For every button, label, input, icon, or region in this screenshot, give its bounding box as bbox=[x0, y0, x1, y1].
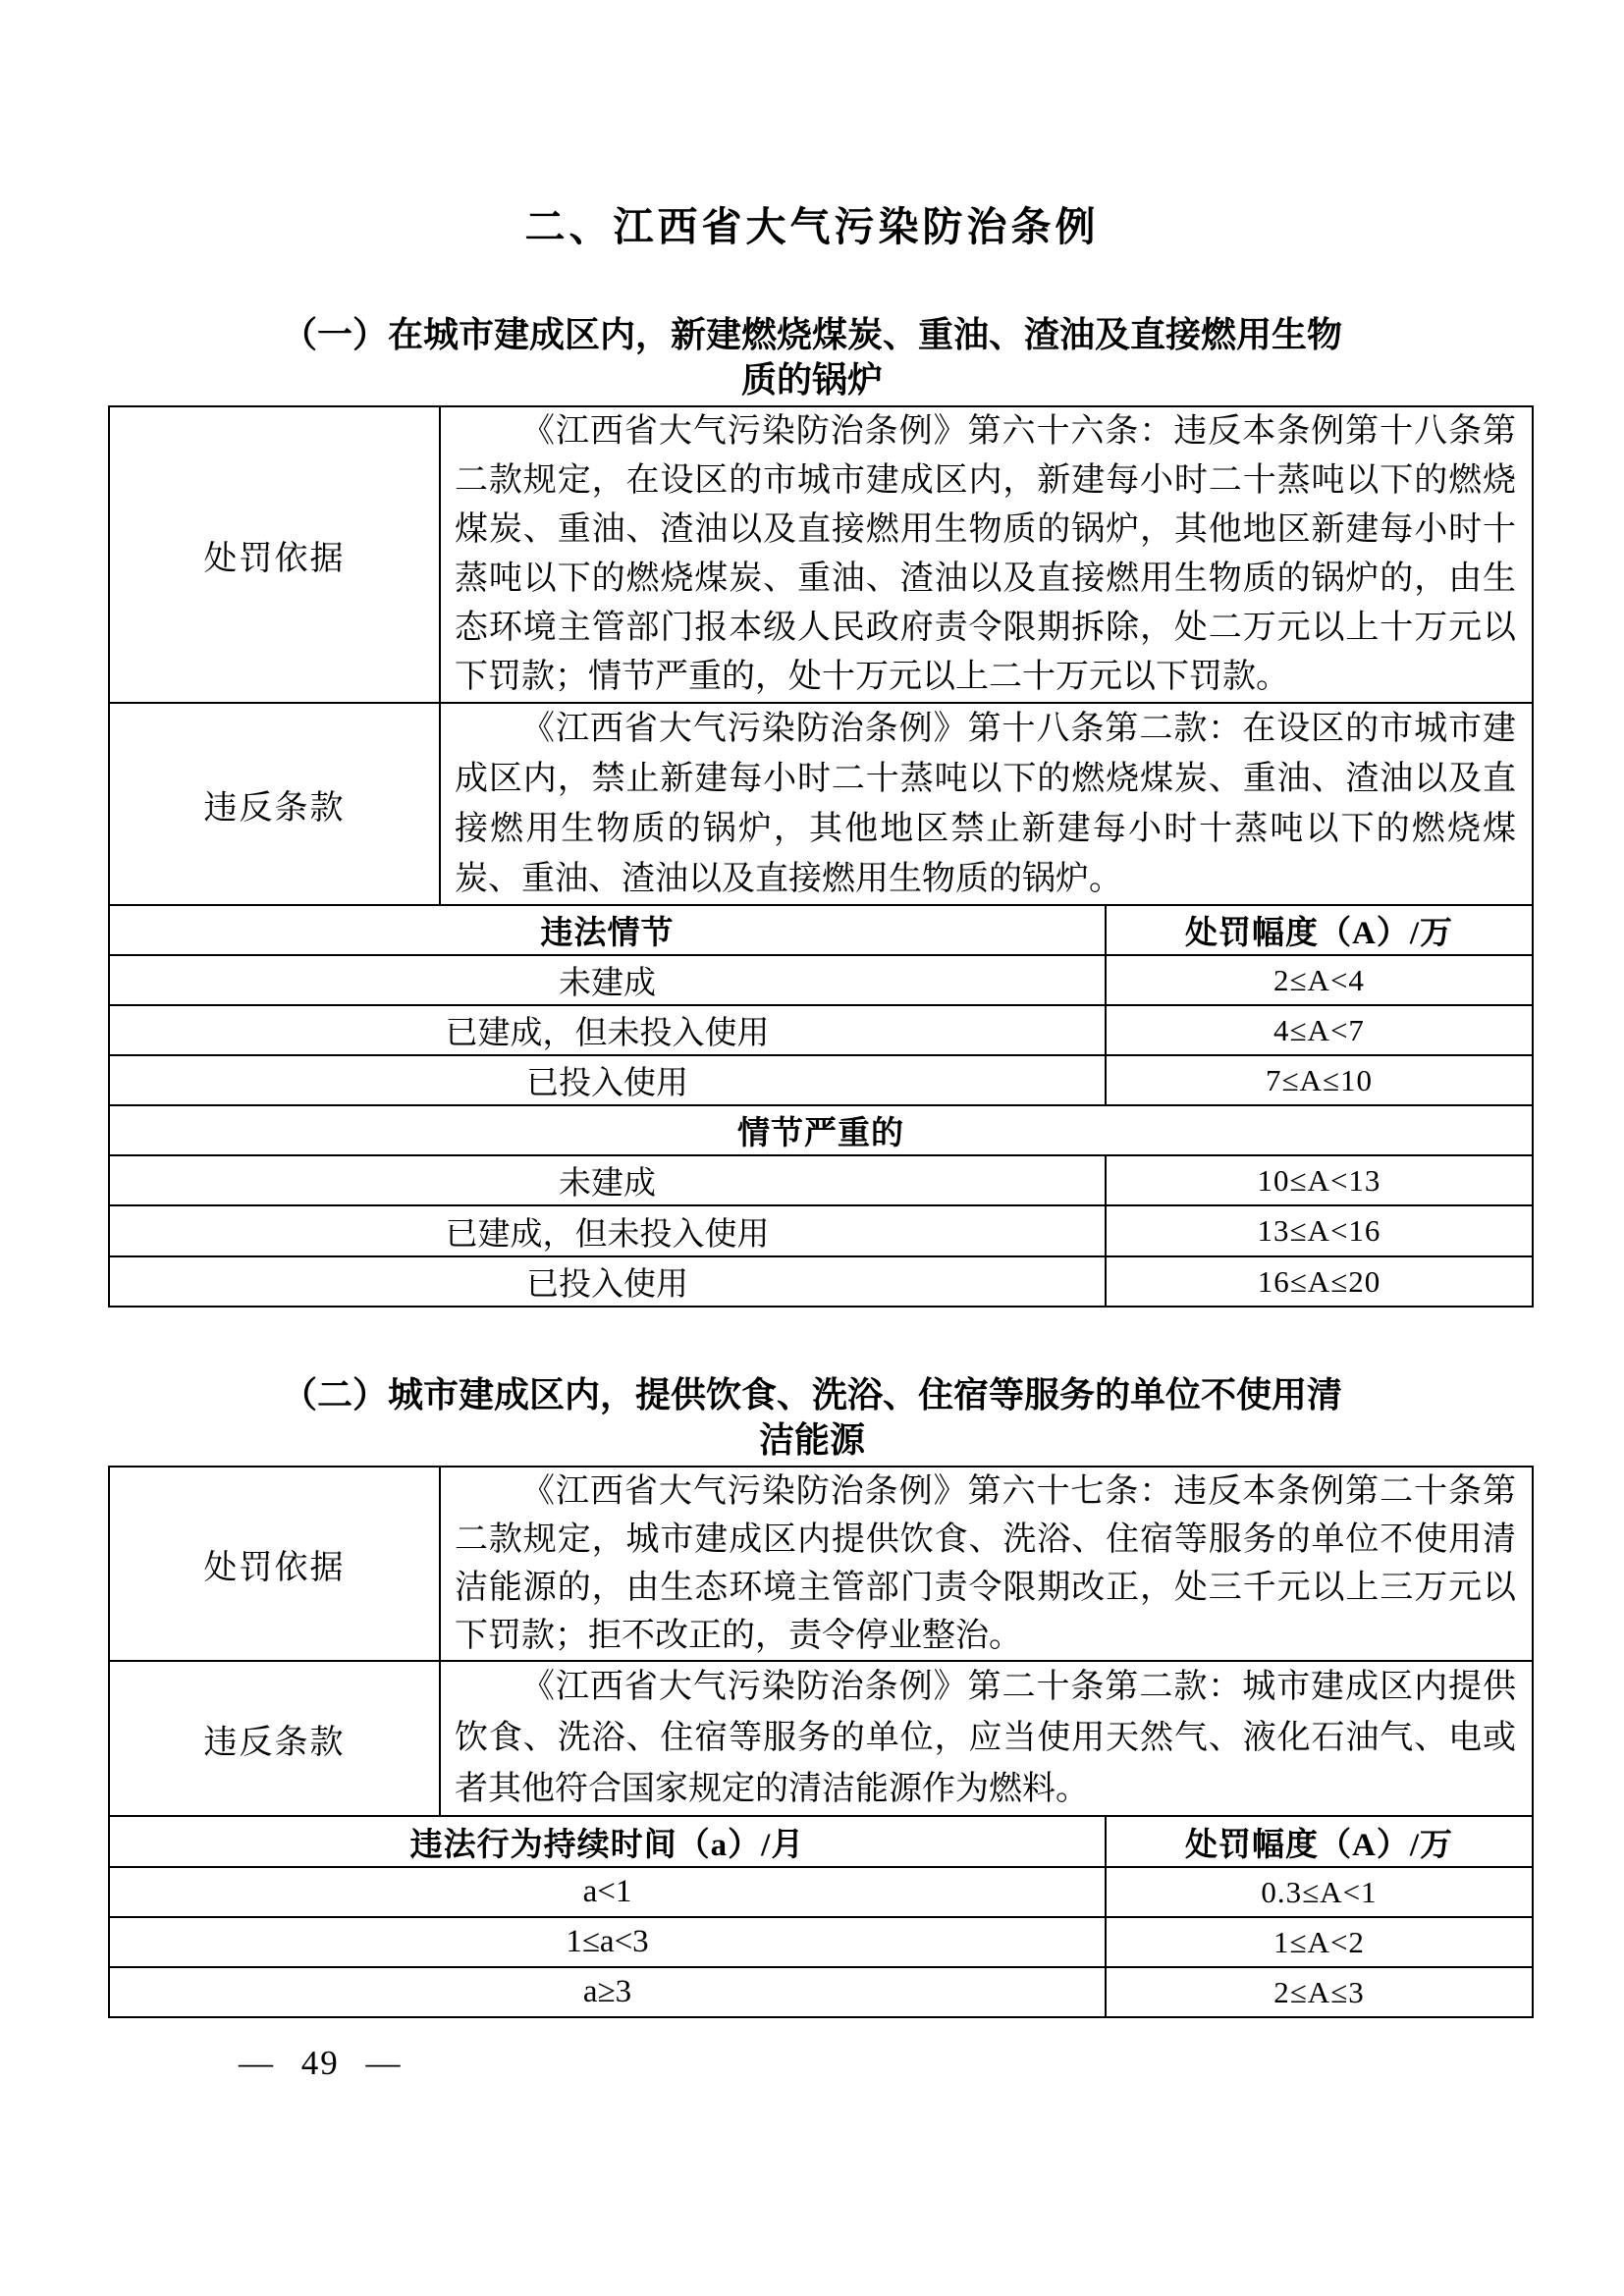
duration-cell: a≥3 bbox=[109, 1967, 1106, 2017]
table-row: a≥3 2≤A≤3 bbox=[109, 1967, 1533, 2017]
table-row: 已建成，但未投入使用 13≤A<16 bbox=[109, 1205, 1533, 1256]
range-cell: 7≤A≤10 bbox=[1106, 1055, 1533, 1105]
situation-cell: 未建成 bbox=[109, 1155, 1106, 1205]
section2-heading-line1: （二）城市建成区内，提供饮食、洗浴、住宿等服务的单位不使用清 bbox=[0, 1372, 1624, 1417]
column-header-range: 处罚幅度（A）/万 bbox=[1106, 905, 1533, 955]
situation-cell: 已投入使用 bbox=[109, 1055, 1106, 1105]
table-row: 情节严重的 bbox=[109, 1105, 1533, 1155]
violated-clause-label: 违反条款 bbox=[109, 703, 440, 905]
penalty-basis-cell: 《江西省大气污染防治条例》第六十七条：违反本条例第二十条第二款规定，城市建成区内… bbox=[440, 1467, 1533, 1661]
penalty-basis-label: 处罚依据 bbox=[109, 1467, 440, 1661]
violated-clause-cell: 《江西省大气污染防治条例》第十八条第二款：在设区的市城市建成区内，禁止新建每小时… bbox=[440, 703, 1533, 905]
table-row: 违法情节 处罚幅度（A）/万 bbox=[109, 905, 1533, 955]
section1-table: 处罚依据 《江西省大气污染防治条例》第六十六条：违反本条例第十八条第二款规定，在… bbox=[108, 405, 1534, 1308]
penalty-basis-text: 《江西省大气污染防治条例》第六十七条：违反本条例第二十条第二款规定，城市建成区内… bbox=[441, 1468, 1532, 1660]
duration-cell: 1≤a<3 bbox=[109, 1917, 1106, 1967]
table-row: 已建成，但未投入使用 4≤A<7 bbox=[109, 1005, 1533, 1055]
table-row: 1≤a<3 1≤A<2 bbox=[109, 1917, 1533, 1967]
table-row: 处罚依据 《江西省大气污染防治条例》第六十七条：违反本条例第二十条第二款规定，城… bbox=[109, 1467, 1533, 1661]
document-title: 二、江西省大气污染防治条例 bbox=[0, 194, 1624, 252]
column-header-duration: 违法行为持续时间（a）/月 bbox=[109, 1816, 1106, 1867]
penalty-basis-label: 处罚依据 bbox=[109, 406, 440, 703]
violated-clause-text: 《江西省大气污染防治条例》第二十条第二款：城市建成区内提供饮食、洗浴、住宿等服务… bbox=[441, 1662, 1532, 1815]
table-row: 未建成 10≤A<13 bbox=[109, 1155, 1533, 1205]
severe-cases-header: 情节严重的 bbox=[109, 1105, 1533, 1155]
section1-heading-line2: 质的锅炉 bbox=[0, 357, 1624, 402]
table-row: 已投入使用 7≤A≤10 bbox=[109, 1055, 1533, 1105]
page-number: — 49 — bbox=[239, 2044, 403, 2083]
table-row: 处罚依据 《江西省大气污染防治条例》第六十六条：违反本条例第十八条第二款规定，在… bbox=[109, 406, 1533, 703]
range-cell: 1≤A<2 bbox=[1106, 1917, 1533, 1967]
range-cell: 16≤A≤20 bbox=[1106, 1256, 1533, 1307]
column-header-range: 处罚幅度（A）/万 bbox=[1106, 1816, 1533, 1867]
violated-clause-label: 违反条款 bbox=[109, 1661, 440, 1816]
table-row: 违法行为持续时间（a）/月 处罚幅度（A）/万 bbox=[109, 1816, 1533, 1867]
section2-table: 处罚依据 《江西省大气污染防治条例》第六十七条：违反本条例第二十条第二款规定，城… bbox=[108, 1466, 1534, 2018]
table-row: 违反条款 《江西省大气污染防治条例》第二十条第二款：城市建成区内提供饮食、洗浴、… bbox=[109, 1661, 1533, 1816]
violated-clause-text: 《江西省大气污染防治条例》第十八条第二款：在设区的市城市建成区内，禁止新建每小时… bbox=[441, 704, 1532, 904]
range-cell: 4≤A<7 bbox=[1106, 1005, 1533, 1055]
column-header-situation: 违法情节 bbox=[109, 905, 1106, 955]
range-cell: 13≤A<16 bbox=[1106, 1205, 1533, 1256]
range-cell: 0.3≤A<1 bbox=[1106, 1867, 1533, 1917]
table-row: 已投入使用 16≤A≤20 bbox=[109, 1256, 1533, 1307]
situation-cell: 已投入使用 bbox=[109, 1256, 1106, 1307]
section1-heading: （一）在城市建成区内，新建燃烧煤炭、重油、渣油及直接燃用生物 质的锅炉 bbox=[0, 312, 1624, 402]
table-row: 未建成 2≤A<4 bbox=[109, 955, 1533, 1005]
situation-cell: 已建成，但未投入使用 bbox=[109, 1005, 1106, 1055]
section2-heading-line2: 洁能源 bbox=[0, 1417, 1624, 1463]
range-cell: 2≤A<4 bbox=[1106, 955, 1533, 1005]
situation-cell: 已建成，但未投入使用 bbox=[109, 1205, 1106, 1256]
situation-cell: 未建成 bbox=[109, 955, 1106, 1005]
section1-heading-line1: （一）在城市建成区内，新建燃烧煤炭、重油、渣油及直接燃用生物 bbox=[0, 312, 1624, 357]
table-row: a<1 0.3≤A<1 bbox=[109, 1867, 1533, 1917]
table-row: 违反条款 《江西省大气污染防治条例》第十八条第二款：在设区的市城市建成区内，禁止… bbox=[109, 703, 1533, 905]
section2-heading: （二）城市建成区内，提供饮食、洗浴、住宿等服务的单位不使用清 洁能源 bbox=[0, 1372, 1624, 1463]
penalty-basis-text: 《江西省大气污染防治条例》第六十六条：违反本条例第十八条第二款规定，在设区的市城… bbox=[441, 407, 1532, 702]
duration-cell: a<1 bbox=[109, 1867, 1106, 1917]
document-page: 二、江西省大气污染防治条例 （一）在城市建成区内，新建燃烧煤炭、重油、渣油及直接… bbox=[0, 0, 1624, 2296]
violated-clause-cell: 《江西省大气污染防治条例》第二十条第二款：城市建成区内提供饮食、洗浴、住宿等服务… bbox=[440, 1661, 1533, 1816]
range-cell: 2≤A≤3 bbox=[1106, 1967, 1533, 2017]
penalty-basis-cell: 《江西省大气污染防治条例》第六十六条：违反本条例第十八条第二款规定，在设区的市城… bbox=[440, 406, 1533, 703]
range-cell: 10≤A<13 bbox=[1106, 1155, 1533, 1205]
